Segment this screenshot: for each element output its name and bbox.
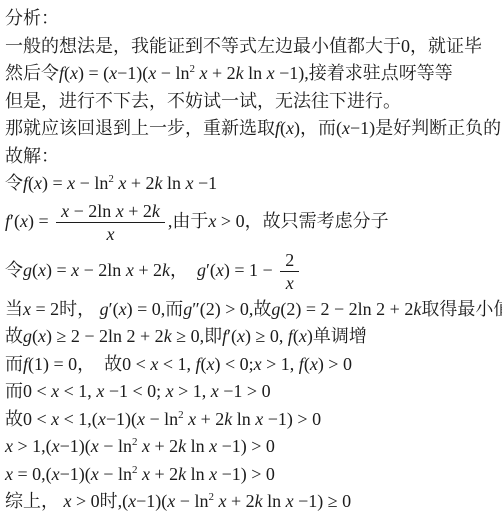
math-run: ,(x−1)(x − ln2 x + 2k ln x −1) ≥ 0 (118, 488, 352, 516)
solution-line-11: 故g(x) ≥ 2 − 2ln 2 + 2k ≥ 0,即f′(x) ≥ 0, f… (5, 323, 500, 351)
text-run: 那就应该回退到上一步，重新选取 (5, 115, 275, 143)
fraction: 2x (280, 249, 299, 294)
solution-line-13: 而0 < x < 1, x −1 < 0; x > 1, x −1 > 0 (5, 378, 500, 406)
text-run: 由于 (172, 208, 208, 236)
analysis-document: 分析：一般的想法是，我能证到不等式左边最小值都大于0，就证毕然后令f(x) = … (0, 0, 502, 516)
solution-line-5: 那就应该回退到上一步，重新选取f(x)，而(x−1)是好判断正负的 (5, 115, 500, 143)
fraction-numerator: x − 2ln x + 2k (56, 200, 165, 223)
text-run: 然后令 (5, 60, 59, 88)
math-run: x > 0 (64, 488, 100, 516)
solution-line-1: 分析： (5, 5, 500, 33)
text-run: 令 (5, 170, 23, 198)
text-run: ， 故 (77, 351, 122, 379)
solution-line-7: 令f(x) = x − ln2 x + 2k ln x −1 (5, 170, 500, 198)
math-run: (x−1) (336, 115, 375, 143)
text-run: 单调增 (313, 323, 367, 351)
text-run: ， (170, 257, 197, 285)
solution-line-4: 但是，进行不下去，不妨试一试，无法往下进行。 (5, 88, 500, 116)
math-run: f(x) (275, 115, 300, 143)
text-run: 接着求驻点呀等等 (309, 60, 453, 88)
solution-line-17: 综上， x > 0时,(x−1)(x − ln2 x + 2k ln x −1)… (5, 488, 500, 516)
text-run: 而 (5, 351, 23, 379)
text-run: 即 (204, 323, 222, 351)
solution-line-2: 一般的想法是，我能证到不等式左边最小值都大于0，就证毕 (5, 33, 500, 61)
text-run: 故 (5, 406, 23, 434)
math-run: 0 < x < 1, f(x) < 0;x > 1, f(x) > 0 (122, 351, 352, 379)
solution-line-12: 而f(1) = 0， 故0 < x < 1, f(x) < 0;x > 1, f… (5, 351, 500, 379)
math-run: f′(x) ≥ 0, f(x) (222, 323, 313, 351)
text-run: 但是，进行不下去，不妨试一试，无法往下进行。 (5, 88, 401, 116)
text-run: 时 (100, 488, 118, 516)
math-run: f(x) = (x−1)(x − ln2 x + 2k ln x −1), (59, 60, 309, 88)
text-run: ，而 (300, 115, 336, 143)
text-run: 故解： (5, 143, 59, 171)
solution-line-16: x = 0,(x−1)(x − ln2 x + 2k ln x −1) > 0 (5, 461, 500, 489)
text-run: 故 (253, 296, 271, 324)
text-run: ，故只需考虑分子 (245, 208, 389, 236)
solution-line-3: 然后令f(x) = (x−1)(x − ln2 x + 2k ln x −1),… (5, 60, 500, 88)
text-run: 一般的想法是，我能证到不等式左边最小值都大于0，就证毕 (5, 33, 482, 61)
math-run: g(2) = 2 − 2ln 2 + 2k (271, 296, 421, 324)
math-run: f(1) = 0 (23, 351, 77, 379)
math-run: x = 2 (23, 296, 59, 324)
text-run: 综上， (5, 488, 64, 516)
text-run: 令 (5, 257, 23, 285)
fraction-numerator: 2 (280, 249, 299, 272)
math-run: x > 1,(x−1)(x − ln2 x + 2k ln x −1) > 0 (5, 433, 275, 461)
text-run: 而 (5, 378, 23, 406)
math-run: x > 0 (208, 208, 244, 236)
solution-line-14: 故0 < x < 1,(x−1)(x − ln2 x + 2k ln x −1)… (5, 406, 500, 434)
text-run: 时， (59, 296, 100, 324)
text-run: 故 (5, 323, 23, 351)
math-run: g″(2) > 0, (183, 296, 253, 324)
fraction-denominator: x (281, 272, 299, 294)
solution-line-10: 当x = 2时， g′(x) = 0,而g″(2) > 0,故g(2) = 2 … (5, 296, 500, 324)
math-run: g′(x) = 1 − (197, 257, 277, 285)
math-run: 0 < x < 1, x −1 < 0; x > 1, x −1 > 0 (23, 378, 271, 406)
text-run: 取得最小值 (421, 296, 502, 324)
solution-line-8: f′(x) = x − 2ln x + 2kx,由于x > 0，故只需考虑分子 (5, 198, 500, 247)
solution-line-6: 故解： (5, 143, 500, 171)
math-run: f(x) = x − ln2 x + 2k ln x −1 (23, 170, 217, 198)
fraction: x − 2ln x + 2kx (56, 200, 165, 245)
text-run: 分析： (5, 5, 59, 33)
text-run: 是好判断正负的 (375, 115, 501, 143)
math-run: g(x) = x − 2ln x + 2k (23, 257, 170, 285)
math-run: g(x) ≥ 2 − 2ln 2 + 2k ≥ 0, (23, 323, 204, 351)
solution-line-15: x > 1,(x−1)(x − ln2 x + 2k ln x −1) > 0 (5, 433, 500, 461)
math-run: 0 < x < 1,(x−1)(x − ln2 x + 2k ln x −1) … (23, 406, 321, 434)
fraction-denominator: x (102, 223, 120, 245)
solution-line-9: 令g(x) = x − 2ln x + 2k， g′(x) = 1 − 2x (5, 247, 500, 296)
text-run: 当 (5, 296, 23, 324)
text-run: 而 (165, 296, 183, 324)
math-run: g′(x) = 0, (100, 296, 166, 324)
math-run: f′(x) = (5, 208, 53, 236)
math-run: x = 0,(x−1)(x − ln2 x + 2k ln x −1) > 0 (5, 461, 275, 489)
